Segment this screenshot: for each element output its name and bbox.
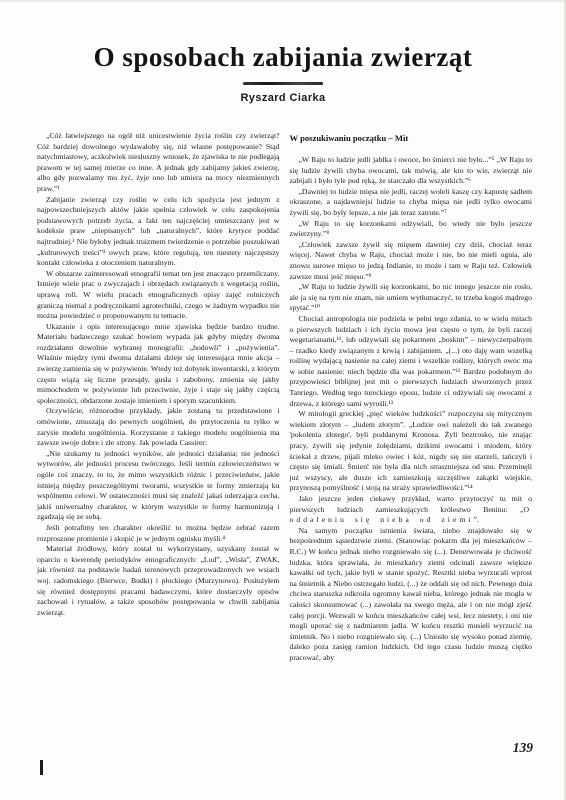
paragraph: Jeśli potrafimy ten charakter określić t… <box>37 523 280 544</box>
right-column: W poszukiwaniu początku – Mit „W Raju to… <box>290 131 533 664</box>
paragraph-benin-myth-title: Jako jeszcze jeden ciekawy przykład, war… <box>290 494 533 526</box>
paragraph: „Nie szukamy tu jedności wyników, ale je… <box>37 449 280 523</box>
page-number: 139 <box>513 740 533 756</box>
paragraph: Oczywiście, różnorodne przykłady, jakie … <box>37 406 280 448</box>
printer-registration-mark <box>40 760 43 775</box>
paragraph: Ukazanie i opis interesującego mnie zjaw… <box>37 322 280 407</box>
paragraph: Zabijanie zwierząt czy roślin w celu ich… <box>37 195 280 269</box>
paragraph: W mitologii greckiej „pięć wieków ludzko… <box>290 409 533 494</box>
paragraph: Materiał źródłowy, który został tu wykor… <box>37 544 280 618</box>
paragraph: Chociaż antropologia nie podziela w pełn… <box>290 314 533 409</box>
masthead: O sposobach zabijania zwierząt Ryszard C… <box>0 0 566 104</box>
paragraph-text: ”. <box>473 515 478 524</box>
paragraph: „W Raju to ludzie żywili się korzonkami,… <box>290 282 533 314</box>
left-column: „Cóż łatwiejszego na ogół niż unicestwie… <box>37 131 280 664</box>
paragraph: „Cóż łatwiejszego na ogół niż unicestwie… <box>37 131 280 195</box>
author-name: Ryszard Ciarka <box>0 92 566 104</box>
section-heading: W poszukiwaniu początku – Mit <box>290 133 533 143</box>
paragraph-text: Jako jeszcze jeden ciekawy przykład, war… <box>290 494 533 514</box>
two-column-body: „Cóż łatwiejszego na ogół niż unicestwie… <box>37 131 532 664</box>
page-title: O sposobach zabijania zwierząt <box>0 42 566 73</box>
paragraph: „W Raju to ludzie jedli jabłka i owoce, … <box>290 155 533 187</box>
paragraph: Na samym początku istnienia świata, nieb… <box>290 526 533 664</box>
paragraph: „W Raju to się korzonkami odżywiali, bo … <box>290 219 533 240</box>
title-rule-divider <box>243 82 323 85</box>
paragraph: W obszarze zainteresowań etnografii tema… <box>37 269 280 322</box>
paragraph: „Człowiek zawsze żywił się mięsem dawnie… <box>290 240 533 282</box>
scanned-journal-page: O sposobach zabijania zwierząt Ryszard C… <box>0 0 566 800</box>
paragraph: „Dawniej to ludzie mięsa nie jedli, racz… <box>290 187 533 219</box>
